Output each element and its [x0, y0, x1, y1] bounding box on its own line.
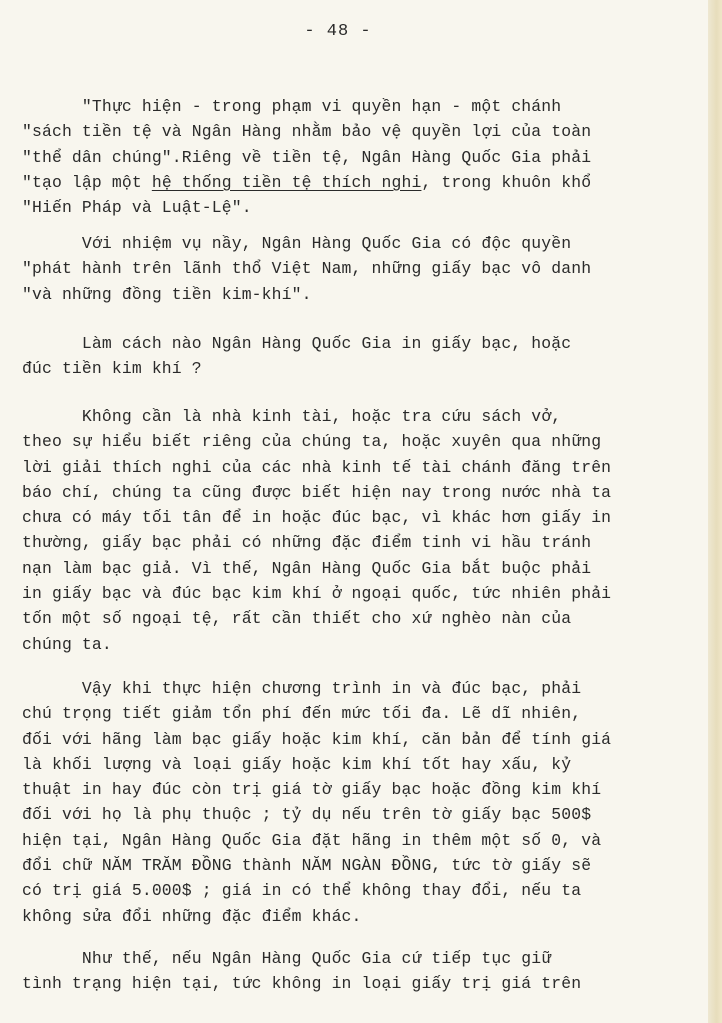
text-line: Không cần là nhà kinh tài, hoặc tra cứu … — [22, 404, 682, 429]
text-line: "và những đồng tiền kim-khí". — [22, 282, 682, 307]
underlined-phrase: hệ thống tiền tệ thích nghi — [152, 173, 422, 192]
text-line: Với nhiệm vụ nầy, Ngân Hàng Quốc Gia có … — [22, 231, 682, 256]
text-line: "thể dân chúng".Riêng về tiền tệ, Ngân H… — [22, 145, 682, 170]
text-line: tình trạng hiện tại, tức không in loại g… — [22, 971, 682, 996]
text-line: không sửa đổi những đặc điểm khác. — [22, 904, 682, 929]
paragraph-cost-reduction: Vậy khi thực hiện chương trình in và đúc… — [22, 676, 682, 929]
text-line: "Hiến Pháp và Luật-Lệ". — [22, 195, 682, 220]
text-span: "tạo lập một — [22, 173, 152, 192]
text-line: "tạo lập một hệ thống tiền tệ thích nghi… — [22, 170, 682, 195]
text-line: chưa có máy tối tân để in hoặc đúc bạc, … — [22, 505, 682, 530]
paragraph-foreign-printing: Không cần là nhà kinh tài, hoặc tra cứu … — [22, 404, 682, 657]
paragraph-question: Làm cách nào Ngân Hàng Quốc Gia in giấy … — [22, 331, 682, 382]
text-line: in giấy bạc và đúc bạc kim khí ở ngoại q… — [22, 581, 682, 606]
text-line: báo chí, chúng ta cũng được biết hiện na… — [22, 480, 682, 505]
text-line: theo sự hiểu biết riêng của chúng ta, ho… — [22, 429, 682, 454]
text-line: Vậy khi thực hiện chương trình in và đúc… — [22, 676, 682, 701]
text-line: là khối lượng và loại giấy hoặc kim khí … — [22, 752, 682, 777]
text-line: Làm cách nào Ngân Hàng Quốc Gia in giấy … — [22, 331, 682, 356]
text-line: tốn một số ngoại tệ, rất cần thiết cho x… — [22, 606, 682, 631]
text-span: , trong khuôn khổ — [421, 173, 591, 192]
text-line: "phát hành trên lãnh thổ Việt Nam, những… — [22, 256, 682, 281]
paragraph-conclusion: Như thế, nếu Ngân Hàng Quốc Gia cứ tiếp … — [22, 946, 682, 997]
paragraph-monopoly: Với nhiệm vụ nầy, Ngân Hàng Quốc Gia có … — [22, 231, 682, 307]
text-line: Như thế, nếu Ngân Hàng Quốc Gia cứ tiếp … — [22, 946, 682, 971]
text-line: chúng ta. — [22, 632, 682, 657]
text-line: thuật in hay đúc còn trị giá tờ giấy bạc… — [22, 777, 682, 802]
text-line: thường, giấy bạc phải có những đặc điểm … — [22, 530, 682, 555]
text-line: đối với họ là phụ thuộc ; tỷ dụ nếu trên… — [22, 802, 682, 827]
text-line: có trị giá 5.000$ ; giá in có thể không … — [22, 878, 682, 903]
text-line: đổi chữ NĂM TRĂM ĐỒNG thành NĂM NGÀN ĐỒN… — [22, 853, 682, 878]
text-line: nạn làm bạc giả. Vì thế, Ngân Hàng Quốc … — [22, 556, 682, 581]
page-edge — [708, 0, 722, 1023]
text-line: đúc tiền kim khí ? — [22, 356, 682, 381]
text-line: hiện tại, Ngân Hàng Quốc Gia đặt hãng in… — [22, 828, 682, 853]
text-line: "sách tiền tệ và Ngân Hàng nhằm bảo vệ q… — [22, 119, 682, 144]
paragraph-mandate: "Thực hiện - trong phạm vi quyền hạn - m… — [22, 94, 682, 220]
text-line: chú trọng tiết giảm tổn phí đến mức tối … — [22, 701, 682, 726]
page-number: - 48 - — [0, 22, 676, 41]
text-line: đối với hãng làm bạc giấy hoặc kim khí, … — [22, 727, 682, 752]
text-line: lời giải thích nghi của các nhà kinh tế … — [22, 455, 682, 480]
text-line: "Thực hiện - trong phạm vi quyền hạn - m… — [22, 94, 682, 119]
